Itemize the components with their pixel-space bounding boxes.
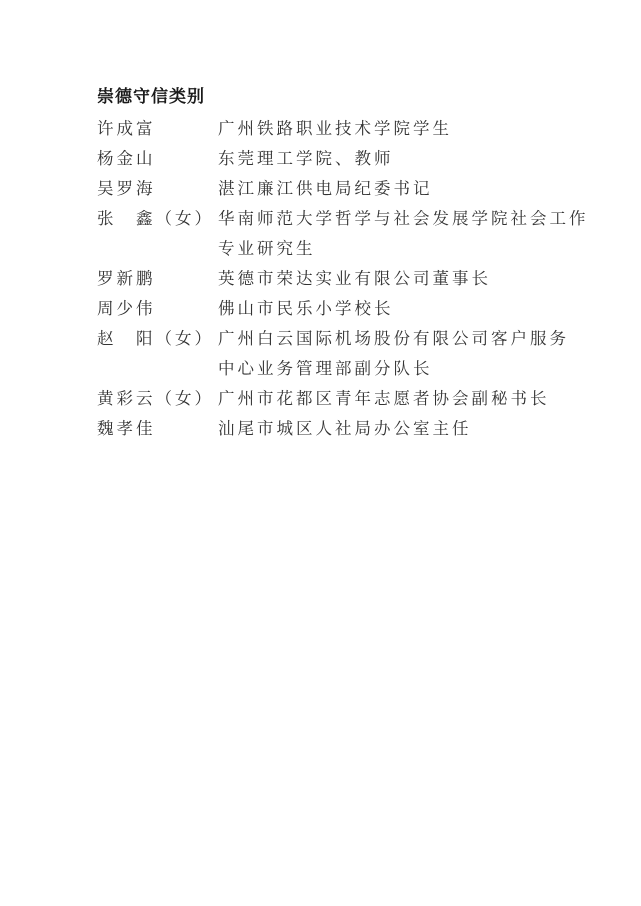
honoree-name: 张 鑫（女） xyxy=(97,204,218,234)
description-line: 东莞理工学院、教师 xyxy=(218,144,557,174)
list-item: 黄彩云（女） 广州市花都区青年志愿者协会副秘书长 xyxy=(97,384,557,414)
honoree-name: 周少伟 xyxy=(97,294,218,324)
honoree-name: 魏孝佳 xyxy=(97,414,218,444)
list-item: 许成富 广州铁路职业技术学院学生 xyxy=(97,114,557,144)
description-line: 湛江廉江供电局纪委书记 xyxy=(218,174,557,204)
list-item: 张 鑫（女） 华南师范大学哲学与社会发展学院社会工作 专业研究生 xyxy=(97,204,557,264)
honoree-description: 英德市荣达实业有限公司董事长 xyxy=(218,264,557,294)
honoree-description: 华南师范大学哲学与社会发展学院社会工作 专业研究生 xyxy=(218,204,589,264)
description-line: 英德市荣达实业有限公司董事长 xyxy=(218,264,557,294)
honoree-name: 许成富 xyxy=(97,114,218,144)
honoree-name: 黄彩云（女） xyxy=(97,384,218,414)
honoree-name: 罗新鹏 xyxy=(97,264,218,294)
list-item: 周少伟 佛山市民乐小学校长 xyxy=(97,294,557,324)
honoree-description: 湛江廉江供电局纪委书记 xyxy=(218,174,557,204)
honoree-description: 东莞理工学院、教师 xyxy=(218,144,557,174)
section-title: 崇德守信类别 xyxy=(97,85,205,109)
document-page: 崇德守信类别 许成富 广州铁路职业技术学院学生 杨金山 东莞理工学院、教师 吴罗… xyxy=(0,0,641,906)
honoree-name: 杨金山 xyxy=(97,144,218,174)
honoree-name: 吴罗海 xyxy=(97,174,218,204)
list-item: 罗新鹏 英德市荣达实业有限公司董事长 xyxy=(97,264,557,294)
description-line: 中心业务管理部副分队长 xyxy=(218,354,569,384)
honoree-description: 广州铁路职业技术学院学生 xyxy=(218,114,557,144)
honoree-description: 广州市花都区青年志愿者协会副秘书长 xyxy=(218,384,557,414)
list-item: 杨金山 东莞理工学院、教师 xyxy=(97,144,557,174)
list-item: 魏孝佳 汕尾市城区人社局办公室主任 xyxy=(97,414,557,444)
description-line: 专业研究生 xyxy=(218,234,589,264)
list-item: 赵 阳（女） 广州白云国际机场股份有限公司客户服务 中心业务管理部副分队长 xyxy=(97,324,557,384)
description-line: 华南师范大学哲学与社会发展学院社会工作 xyxy=(218,204,589,234)
description-line: 佛山市民乐小学校长 xyxy=(218,294,557,324)
honoree-name: 赵 阳（女） xyxy=(97,324,218,354)
honoree-description: 佛山市民乐小学校长 xyxy=(218,294,557,324)
honoree-list: 许成富 广州铁路职业技术学院学生 杨金山 东莞理工学院、教师 吴罗海 湛江廉江供… xyxy=(97,114,557,444)
description-line: 广州白云国际机场股份有限公司客户服务 xyxy=(218,324,569,354)
description-line: 广州铁路职业技术学院学生 xyxy=(218,114,557,144)
list-item: 吴罗海 湛江廉江供电局纪委书记 xyxy=(97,174,557,204)
description-line: 广州市花都区青年志愿者协会副秘书长 xyxy=(218,384,557,414)
honoree-description: 广州白云国际机场股份有限公司客户服务 中心业务管理部副分队长 xyxy=(218,324,569,384)
description-line: 汕尾市城区人社局办公室主任 xyxy=(218,414,557,444)
honoree-description: 汕尾市城区人社局办公室主任 xyxy=(218,414,557,444)
